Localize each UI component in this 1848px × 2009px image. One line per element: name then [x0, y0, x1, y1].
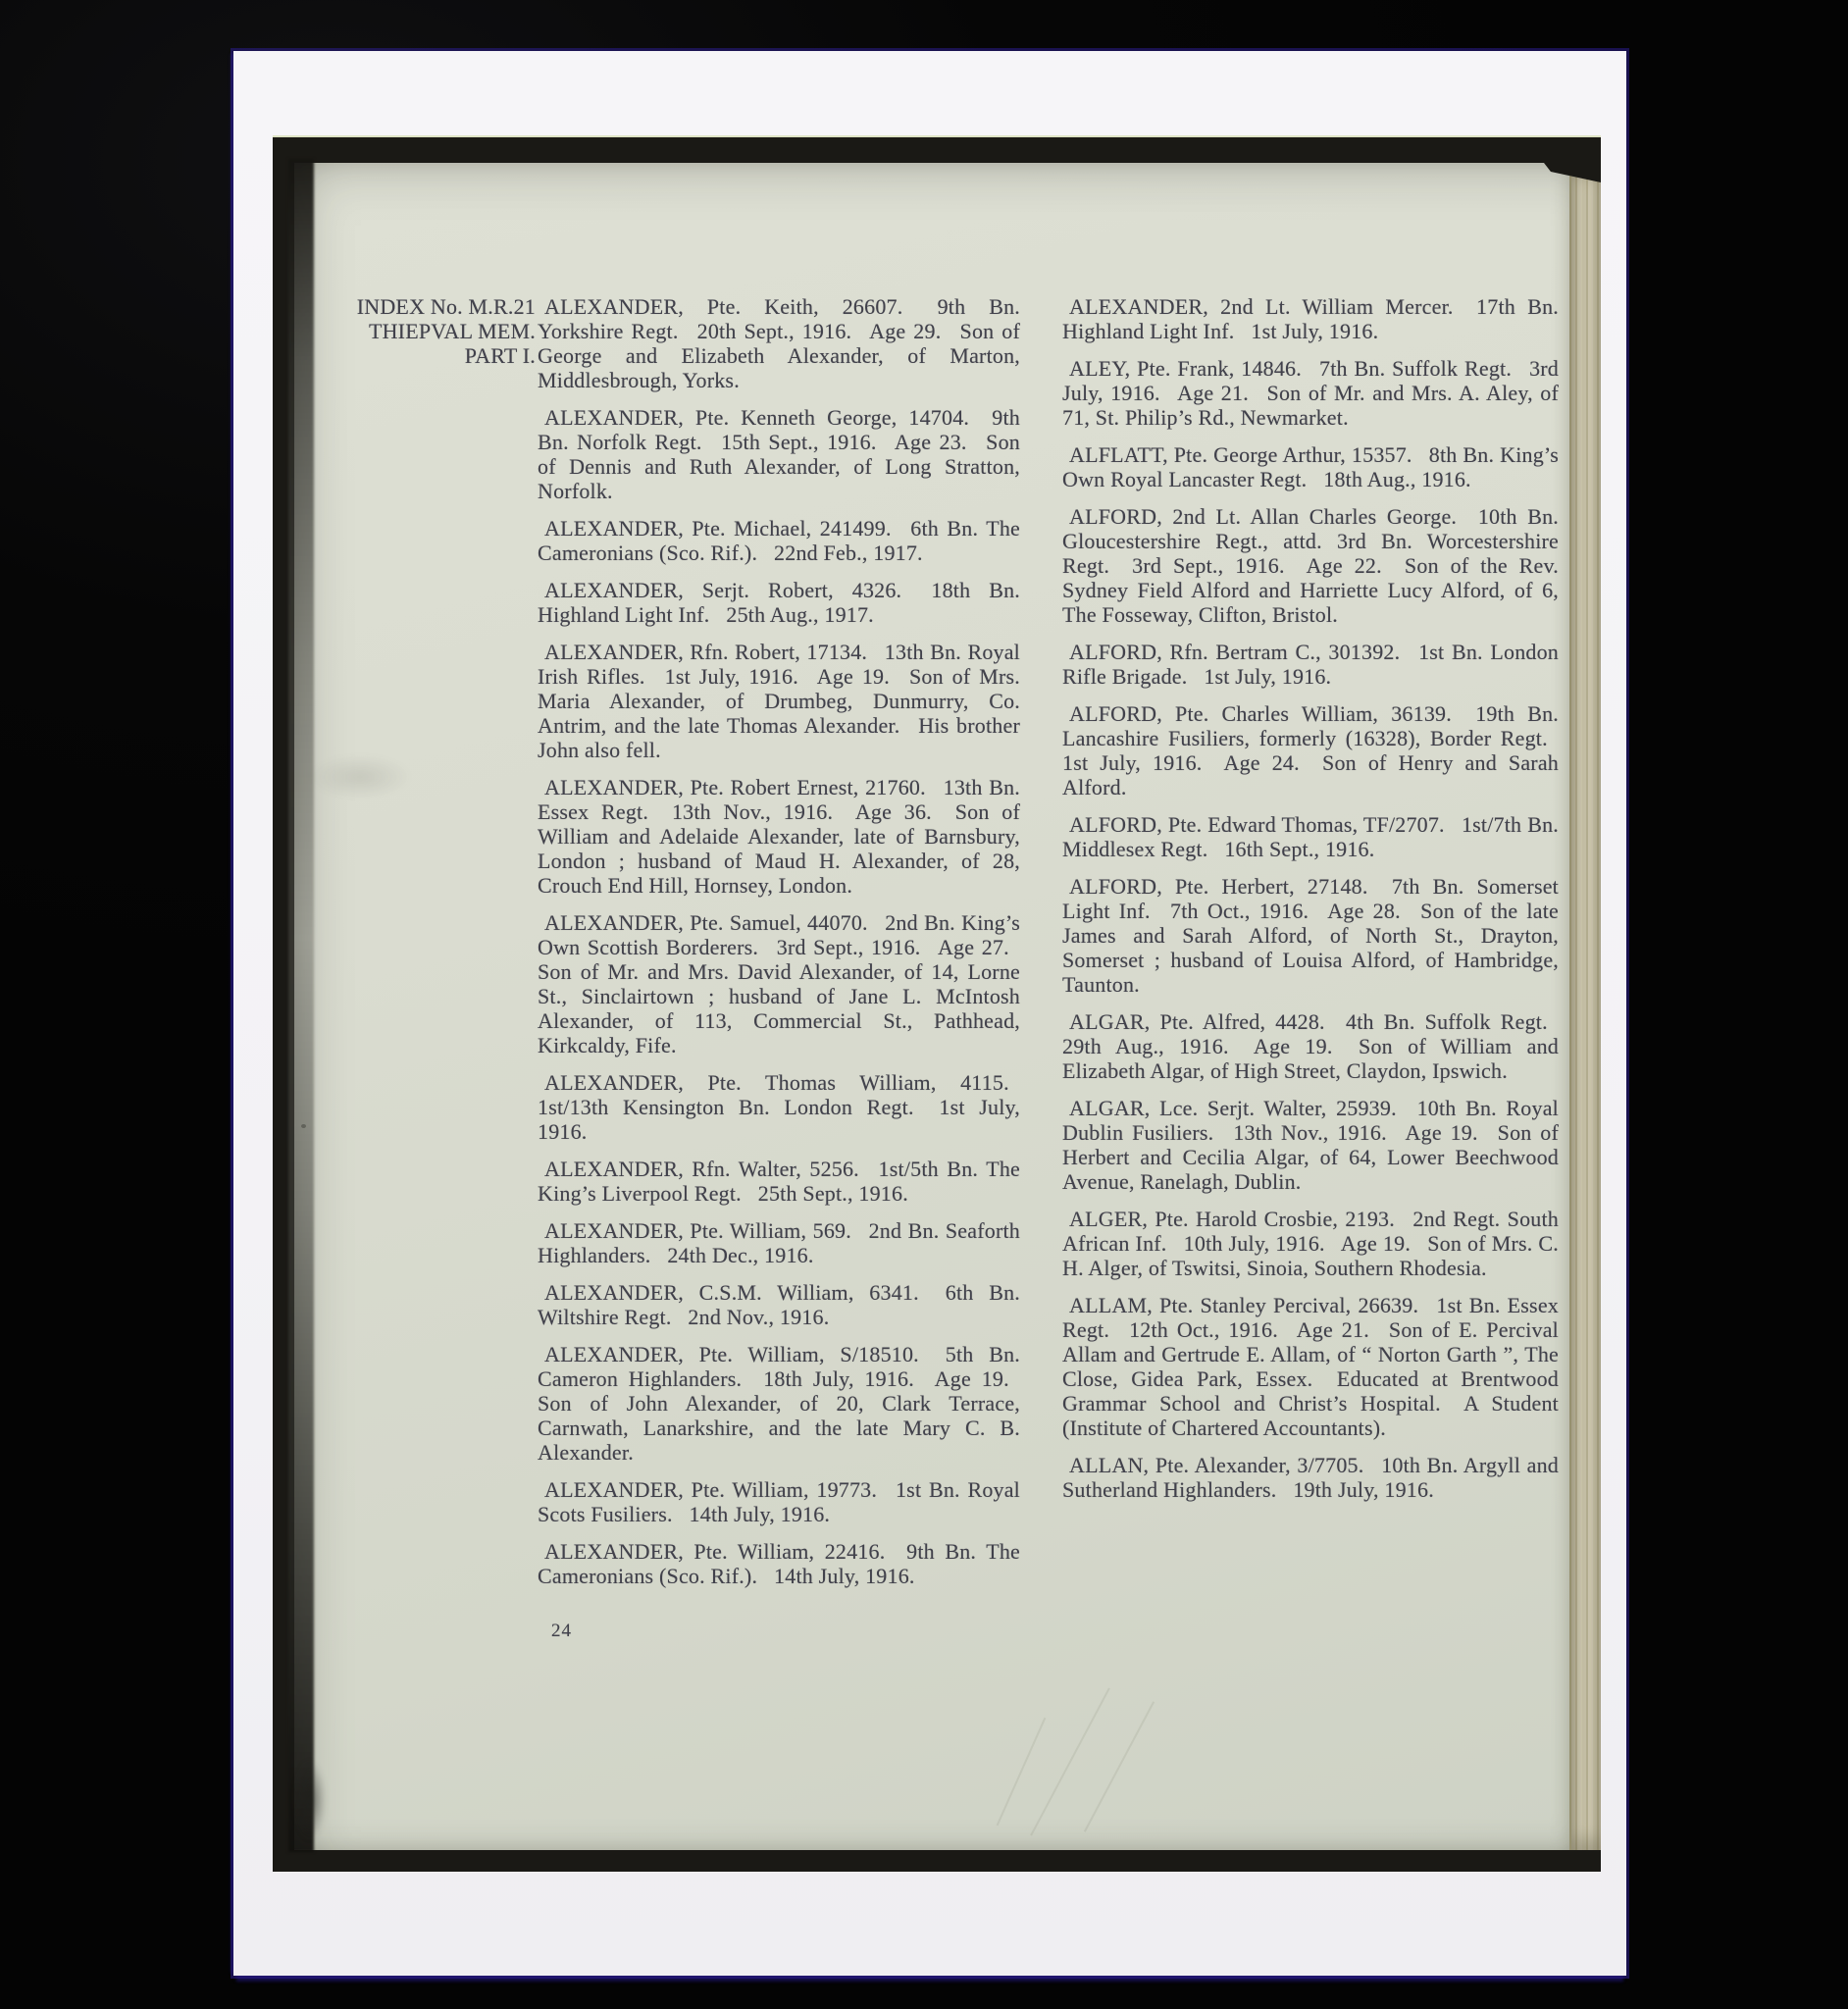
register-entry: ALFORD, 2nd Lt. Allan Charles George. 10… — [1062, 504, 1559, 627]
page-number: 24 — [551, 1619, 572, 1643]
register-entry: ALLAM, Pte. Stanley Percival, 26639. 1st… — [1062, 1293, 1559, 1440]
register-entry: ALGAR, Lce. Serjt. Walter, 25939. 10th B… — [1062, 1096, 1559, 1194]
column-right: ALEXANDER, 2nd Lt. William Mercer. 17th … — [1062, 294, 1559, 1515]
register-entry: ALEXANDER, Pte. Keith, 26607. 9th Bn. Yo… — [538, 294, 1020, 392]
register-entry: ALFORD, Rfn. Bertram C., 301392. 1st Bn.… — [1062, 640, 1559, 689]
register-entry: ALEXANDER, Pte. Samuel, 44070. 2nd Bn. K… — [538, 910, 1020, 1057]
register-entry: ALEXANDER, Pte. William, S/18510. 5th Bn… — [538, 1342, 1020, 1465]
header-block: INDEX No. M.R.21 THIEPVAL MEM. PART I. — [322, 294, 536, 368]
header-index-no: INDEX No. M.R.21 — [322, 294, 536, 319]
photo-background: INDEX No. M.R.21 THIEPVAL MEM. PART I. A… — [0, 0, 1848, 2009]
header-memorial: THIEPVAL MEM. — [322, 319, 536, 343]
paper-crease — [997, 1718, 1047, 1826]
register-entry: ALEXANDER, Pte. William, 19773. 1st Bn. … — [538, 1477, 1020, 1526]
column-left: ALEXANDER, Pte. Keith, 26607. 9th Bn. Yo… — [538, 294, 1020, 1601]
smudge-streak — [296, 749, 424, 804]
paper-crease — [1030, 1687, 1110, 1835]
register-entry: ALFORD, Pte. Herbert, 27148. 7th Bn. Som… — [1062, 874, 1559, 997]
register-entry: ALGER, Pte. Harold Crosbie, 2193. 2nd Re… — [1062, 1207, 1559, 1280]
register-entry: ALLAN, Pte. Alexander, 3/7705. 10th Bn. … — [1062, 1453, 1559, 1502]
register-entry: ALEXANDER, Pte. William, 22416. 9th Bn. … — [538, 1539, 1020, 1588]
header-part: PART I. — [322, 343, 536, 368]
register-entry: ALEXANDER, Pte. Kenneth George, 14704. 9… — [538, 405, 1020, 503]
paper-crease — [1084, 1701, 1155, 1831]
register-entry: ALEXANDER, Serjt. Robert, 4326. 18th Bn.… — [538, 578, 1020, 627]
ink-speck — [301, 1124, 306, 1128]
book-page-edges — [1569, 163, 1601, 1850]
register-entry: ALEXANDER, Pte. Robert Ernest, 21760. 13… — [538, 775, 1020, 898]
register-entry: ALEXANDER, Pte. Michael, 241499. 6th Bn.… — [538, 516, 1020, 565]
register-entry: ALFORD, Pte. Charles William, 36139. 19t… — [1062, 701, 1559, 799]
register-entry: ALEXANDER, Pte. Thomas William, 4115. 1s… — [538, 1070, 1020, 1144]
paper-sheet: INDEX No. M.R.21 THIEPVAL MEM. PART I. A… — [233, 51, 1626, 1976]
register-page: INDEX No. M.R.21 THIEPVAL MEM. PART I. A… — [294, 163, 1569, 1850]
register-entry: ALEXANDER, 2nd Lt. William Mercer. 17th … — [1062, 294, 1559, 343]
scanned-page-photo: INDEX No. M.R.21 THIEPVAL MEM. PART I. A… — [273, 137, 1601, 1872]
register-entry: ALEXANDER, Rfn. Walter, 5256. 1st/5th Bn… — [538, 1157, 1020, 1206]
register-entry: ALGAR, Pte. Alfred, 4428. 4th Bn. Suffol… — [1062, 1009, 1559, 1083]
register-entry: ALFLATT, Pte. George Arthur, 15357. 8th … — [1062, 442, 1559, 491]
register-entry: ALEXANDER, C.S.M. William, 6341. 6th Bn.… — [538, 1280, 1020, 1329]
register-entry: ALEXANDER, Pte. William, 569. 2nd Bn. Se… — [538, 1218, 1020, 1267]
register-entry: ALEXANDER, Rfn. Robert, 17134. 13th Bn. … — [538, 640, 1020, 762]
register-entry: ALEY, Pte. Frank, 14846. 7th Bn. Suffolk… — [1062, 356, 1559, 430]
register-entry: ALFORD, Pte. Edward Thomas, TF/2707. 1st… — [1062, 812, 1559, 861]
